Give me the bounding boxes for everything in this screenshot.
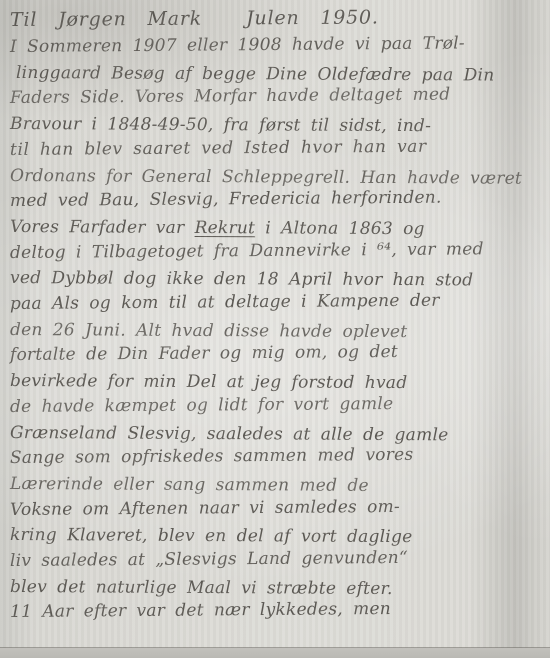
scan-bottom-edge [0,647,550,658]
letter-date: Julen 1950. [246,2,379,33]
handwritten-line: deltog i Tilbagetoget fra Dannevirke i ⁶… [10,236,544,266]
letter-text: Til Jørgen Mark Julen 1950. I Sommeren 1… [10,5,544,626]
handwritten-line: til han blev saaret ved Isted hvor han v… [10,134,544,164]
handwritten-line: 11 Aar efter var det nær lykkedes, men [10,596,544,626]
handwritten-line: I Sommeren 1907 eller 1908 havde vi paa … [10,31,544,61]
handwritten-line: fortalte de Din Fader og mig om, og det [10,339,544,369]
handwritten-line: med ved Bau, Slesvig, Fredericia herfori… [10,185,544,215]
underlined-word: Rekrut [195,218,256,238]
handwritten-line: de havde kæmpet og lidt for vort gamle [10,391,544,421]
handwritten-line: Voksne om Aftenen naar vi samledes om- [10,493,544,523]
letter-page: Til Jørgen Mark Julen 1950. I Sommeren 1… [0,0,550,658]
handwritten-line: liv saaledes at „Slesvigs Land genvunden… [10,545,544,575]
letter-body: I Sommeren 1907 eller 1908 havde vi paa … [10,35,544,626]
handwritten-line: Sange som opfriskedes sammen med vores [10,442,544,472]
handwritten-line: paa Als og kom til at deltage i Kampene … [10,288,544,318]
letter-heading: Til Jørgen Mark Julen 1950. [10,1,544,35]
letter-recipient: Til Jørgen Mark [10,4,202,35]
handwritten-line: Faders Side. Vores Morfar havde deltaget… [10,82,544,112]
